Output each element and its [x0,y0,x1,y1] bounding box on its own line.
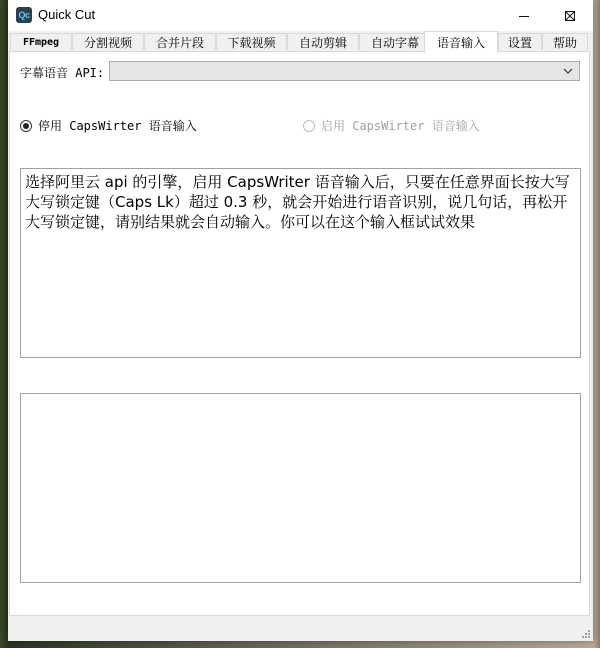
tab-voice-input[interactable]: 语音输入 [424,31,498,53]
minimize-icon [519,11,529,21]
tab-merge-clips[interactable]: 合并片段 [144,33,216,50]
resize-grip-icon[interactable] [580,628,590,638]
tab-split-video[interactable]: 分割视频 [72,33,144,50]
radio-checked-icon[interactable] [20,120,32,132]
minimize-button[interactable] [501,0,547,31]
radio-unchecked-icon[interactable] [303,120,315,132]
radio-disable-capswriter[interactable]: 停用 CapsWirter 语音输入 [20,117,197,134]
radio-enable-capswriter[interactable]: 启用 CapsWirter 语音输入 [303,117,480,134]
radio-enable-label: 启用 CapsWirter 语音输入 [321,117,480,134]
close-icon [565,11,575,21]
tab-ffmpeg[interactable]: FFmpeg [10,33,72,50]
window-title: Quick Cut [38,7,95,22]
app-window: Qc Quick Cut FFmpeg 分割视频 合并片段 下载视频 自动剪辑 … [8,0,593,641]
tab-download-video[interactable]: 下载视频 [216,33,287,50]
tab-settings[interactable]: 设置 [498,33,542,50]
tab-bar: FFmpeg 分割视频 合并片段 下载视频 自动剪辑 自动字幕 语音输入 设置 … [8,31,593,52]
api-select[interactable] [109,61,580,81]
tab-auto-edit[interactable]: 自动剪辑 [287,33,359,50]
title-bar[interactable]: Qc Quick Cut [8,0,593,31]
api-label: 字幕语音 API: [20,64,104,81]
status-bar [8,616,593,641]
info-textarea[interactable]: 选择阿里云 api 的引擎，启用 CapsWriter 语音输入后，只要在任意界… [20,168,581,358]
tab-auto-subtitle[interactable]: 自动字幕 [359,33,431,50]
close-button[interactable] [547,0,593,31]
tab-help[interactable]: 帮助 [542,33,588,50]
app-logo-icon: Qc [16,7,32,23]
test-input-textarea[interactable] [20,393,581,583]
voice-input-page: 字幕语音 API: 停用 CapsWirter 语音输入 启用 CapsWirt… [9,51,590,616]
radio-disable-label: 停用 CapsWirter 语音输入 [38,117,197,134]
chevron-down-icon [563,66,573,76]
